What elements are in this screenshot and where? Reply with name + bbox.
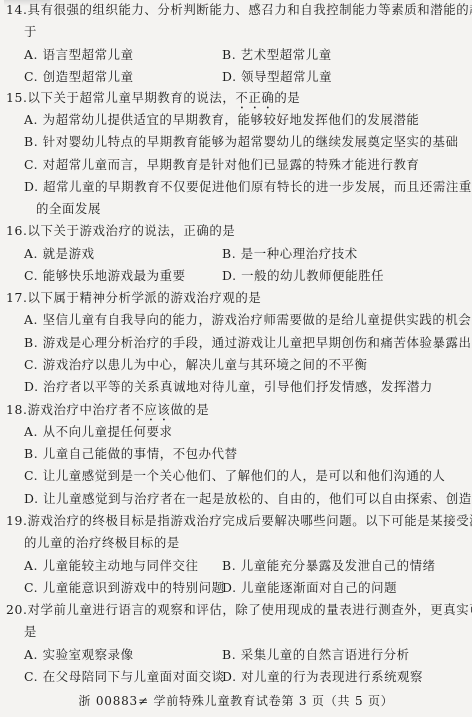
question-17-stem: 17.以下属于精神分析学派的游戏治疗观的是 — [6, 288, 472, 308]
question-16-options-ab: A. 就是游戏 B. 是一种心理治疗技术 — [24, 244, 472, 264]
option-d: D. 一般的幼儿教师便能胜任 — [222, 266, 384, 286]
option-c: C. 儿童能意识到游戏中的特别问题 — [24, 580, 225, 595]
question-text: 以下属于精神分析学派的游戏治疗观的是 — [28, 290, 262, 305]
option-d: D. 儿童能逐渐面对自己的问题 — [222, 578, 397, 598]
emphasized-text: 不正确 — [235, 90, 274, 105]
option-b: B. 儿童能充分暴露及发泄自己的情绪 — [222, 556, 436, 576]
option-b: B. 是一种心理治疗技术 — [222, 244, 358, 264]
option-a: A. 儿童能较主动地与同伴交往 — [24, 558, 199, 573]
question-text-end: 的是 — [274, 90, 300, 105]
option-b: B. 儿童自己能做的事情，不包办代替 — [24, 444, 472, 464]
option-c: C. 能够快乐地游戏最为重要 — [24, 268, 186, 283]
option-d: D. 让儿童感觉到与治疗者在一起是放松的、自由的，他们可以自由探索、创造或闲逛 — [24, 489, 472, 509]
option-c: C. 创造型超常儿童 — [24, 69, 134, 84]
question-text: 游戏治疗中治疗者 — [28, 402, 132, 417]
question-19-stem: 19.游戏治疗的终极目标是指游戏治疗完成后要解决哪些问题。以下可能是某接受游戏治… — [6, 511, 472, 531]
question-20-stem-cont: 是 — [24, 622, 472, 642]
question-19-stem-cont: 的儿童的治疗终极目标的是 — [24, 533, 472, 553]
question-text: 游戏治疗的终极目标是指游戏治疗完成后要解决哪些问题。以下可能是某接受游戏治疗 — [28, 513, 472, 528]
question-16-stem: 16.以下关于游戏治疗的说法，正确的是 — [6, 221, 472, 241]
question-14-stem: 14.具有很强的组织能力、分析判断能力、感召力和自我控制能力等素质和潜能的超常儿… — [6, 0, 472, 20]
question-number: 18. — [6, 402, 28, 417]
question-text: 具有很强的组织能力、分析判断能力、感召力和自我控制能力等素质和潜能的超常儿童属 — [28, 2, 472, 17]
option-a: A. 语言型超常儿童 — [24, 47, 134, 62]
question-14-stem-cont: 于 — [24, 22, 472, 42]
option-c: C. 让儿童感觉到是一个关心他们、了解他们的人，是可以和他们沟通的人 — [24, 466, 472, 486]
option-a: A. 实验室观察录像 — [24, 647, 134, 662]
question-number: 14. — [6, 2, 28, 17]
option-d-cont: 的全面发展 — [36, 199, 472, 219]
question-20-stem: 20.对学前儿童进行语言的观察和评估，除了使用现成的量表进行测查外，更真实可靠的… — [6, 600, 472, 620]
question-text: 以下关于游戏治疗的说法，正确的是 — [28, 223, 236, 238]
option-c: C. 游戏治疗以患儿为中心，解决儿童与其环境之间的不平衡 — [24, 355, 472, 375]
option-a: A. 就是游戏 — [24, 246, 95, 261]
question-20-options-ab: A. 实验室观察录像 B. 采集儿童的自然言语进行分析 — [24, 645, 472, 665]
question-number: 17. — [6, 290, 28, 305]
question-text-end: 做的是 — [170, 402, 209, 417]
option-a: A. 坚信儿童有自我导向的能力，游戏治疗师需要做的是给儿童提供实践的机会 — [24, 310, 472, 330]
question-text: 以下关于超常儿童早期教育的说法， — [28, 90, 236, 105]
option-b: B. 艺术型超常儿童 — [222, 45, 332, 65]
option-d: D. 对儿童的行为表现进行系统观察 — [222, 667, 423, 687]
emphasized-text: 不应该 — [131, 402, 170, 417]
question-text: 对学前儿童进行语言的观察和评估，除了使用现成的量表进行测查外，更真实可靠的方法 — [28, 602, 472, 617]
question-18-stem: 18.游戏治疗中治疗者不应该做的是 — [6, 400, 472, 420]
option-b: B. 采集儿童的自然言语进行分析 — [222, 645, 410, 665]
option-d: D. 领导型超常儿童 — [222, 67, 332, 87]
option-b: B. 针对婴幼儿特点的早期教育能够为超常婴幼儿的继续发展奠定坚实的基础 — [24, 132, 472, 152]
page-footer: 浙 00883≠ 学前特殊儿童教育试卷第 3 页（共 5 页） — [0, 692, 472, 710]
question-number: 15. — [6, 90, 28, 105]
question-number: 16. — [6, 223, 28, 238]
question-number: 20. — [6, 602, 28, 617]
question-20-options-cd: C. 在父母陪同下与儿童面对面交谈 D. 对儿童的行为表现进行系统观察 — [24, 667, 472, 687]
option-a: A. 从不向儿童提任何要求 — [24, 422, 472, 442]
option-a: A. 为超常幼儿提供适宜的早期教育，能够较好地发挥他们的发展潜能 — [24, 110, 472, 130]
question-19-options-ab: A. 儿童能较主动地与同伴交往 B. 儿童能充分暴露及发泄自己的情绪 — [24, 556, 472, 576]
exam-page: 14.具有很强的组织能力、分析判断能力、感召力和自我控制能力等素质和潜能的超常儿… — [0, 0, 472, 717]
question-14-options-cd: C. 创造型超常儿童 D. 领导型超常儿童 — [24, 67, 472, 87]
option-d: D. 超常儿童的早期教育不仅要促进他们原有特长的进一步发展，而且还需注重引导他们 — [24, 177, 472, 197]
question-15-stem: 15.以下关于超常儿童早期教育的说法，不正确的是 — [6, 88, 472, 108]
option-c: C. 在父母陪同下与儿童面对面交谈 — [24, 669, 225, 684]
question-19-options-cd: C. 儿童能意识到游戏中的特别问题 D. 儿童能逐渐面对自己的问题 — [24, 578, 472, 598]
question-14-options-ab: A. 语言型超常儿童 B. 艺术型超常儿童 — [24, 45, 472, 65]
question-16-options-cd: C. 能够快乐地游戏最为重要 D. 一般的幼儿教师便能胜任 — [24, 266, 472, 286]
question-number: 19. — [6, 513, 28, 528]
option-b: B. 游戏是心理分析治疗的手段，通过游戏让儿童把早期创伤和痛苦体验暴露出来 — [24, 333, 472, 353]
option-d: D. 治疗者以平等的关系真诚地对待儿童，引导他们抒发情感，发挥潜力 — [24, 377, 472, 397]
option-c: C. 对超常儿童而言，早期教育是针对他们已显露的特殊才能进行教育 — [24, 155, 472, 175]
